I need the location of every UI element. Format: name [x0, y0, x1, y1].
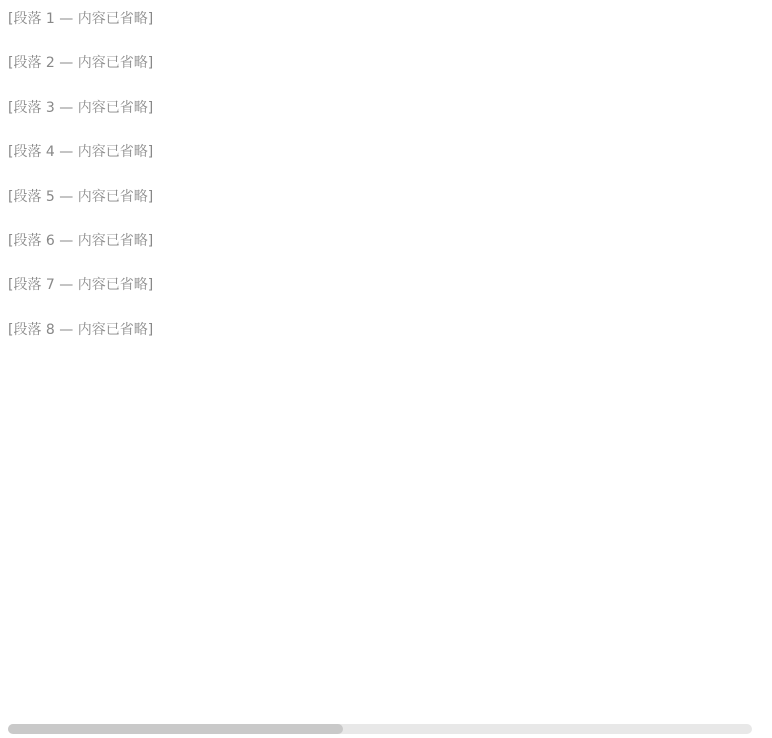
scrollbar-thumb[interactable] [8, 724, 343, 734]
horizontal-scrollbar[interactable] [8, 724, 752, 734]
document-body: [段落 1 — 内容已省略] [段落 2 — 内容已省略] [段落 3 — 内容… [0, 0, 772, 341]
paragraph: [段落 7 — 内容已省略] [8, 274, 762, 296]
paragraph: [段落 2 — 内容已省略] [8, 52, 762, 74]
paragraph: [段落 6 — 内容已省略] [8, 230, 762, 252]
paragraph: [段落 3 — 内容已省略] [8, 97, 762, 119]
paragraph: [段落 8 — 内容已省略] [8, 319, 762, 341]
paragraph: [段落 1 — 内容已省略] [8, 8, 762, 30]
paragraph: [段落 5 — 内容已省略] [8, 186, 762, 208]
paragraph: [段落 4 — 内容已省略] [8, 141, 762, 163]
